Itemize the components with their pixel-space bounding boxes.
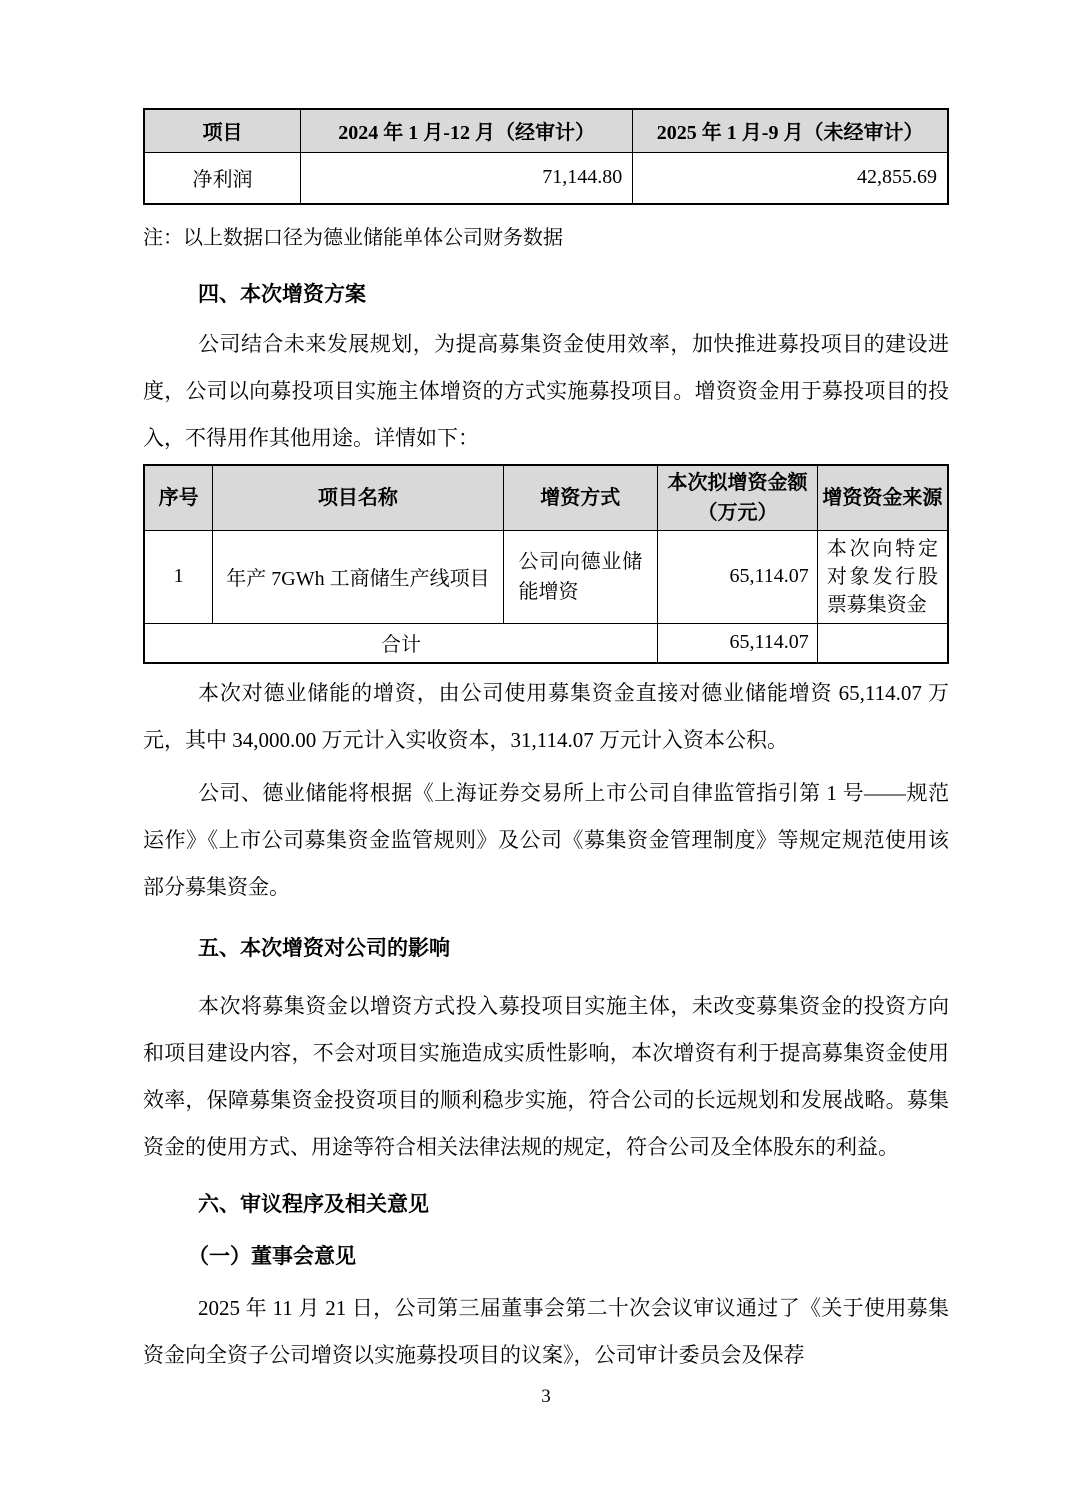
financial-table: 项目 2024 年 1 月-12 月（经审计） 2025 年 1 月-9 月（未…: [143, 108, 949, 205]
investment-table-total-row: 合计 65,114.07: [144, 623, 948, 663]
financial-cell-item: 净利润: [144, 152, 301, 204]
investment-cell-source: 本次向特定对象发行股票募集资金: [817, 530, 948, 623]
financial-header-item: 项目: [144, 109, 301, 152]
investment-header-project-name: 项目名称: [213, 465, 503, 530]
investment-header-method: 增资方式: [503, 465, 658, 530]
financial-cell-2024-value: 71,144.80: [301, 152, 633, 204]
document-page: 项目 2024 年 1 月-12 月（经审计） 2025 年 1 月-9 月（未…: [143, 108, 949, 1411]
investment-total-source: [817, 623, 948, 663]
capital-contribution-paragraph: 本次对德业储能的增资，由公司使用募集资金直接对德业储能增资 65,114.07 …: [143, 670, 949, 764]
board-meeting-paragraph: 2025 年 11 月 21 日，公司第三届董事会第二十次会议审议通过了《关于使…: [143, 1285, 949, 1379]
financial-header-2024: 2024 年 1 月-12 月（经审计）: [301, 109, 633, 152]
investment-total-label: 合计: [144, 623, 658, 663]
investment-table-row: 1 年产 7GWh 工商储生产线项目 公司向德业储能增资 65,114.07 本…: [144, 530, 948, 623]
investment-cell-project-name: 年产 7GWh 工商储生产线项目: [213, 530, 503, 623]
board-opinion-subheading: （一）董事会意见: [188, 1241, 949, 1271]
investment-table: 序号 项目名称 增资方式 本次拟增资金额（万元） 增资资金来源 1 年产 7GW…: [143, 464, 949, 664]
section-four-heading: 四、本次增资方案: [198, 279, 949, 309]
investment-header-source: 增资资金来源: [817, 465, 948, 530]
financial-table-row: 净利润 71,144.80 42,855.69: [144, 152, 948, 204]
section-five-heading: 五、本次增资对公司的影响: [198, 933, 949, 963]
financial-header-2025: 2025 年 1 月-9 月（未经审计）: [633, 109, 948, 152]
financial-cell-2025-value: 42,855.69: [633, 152, 948, 204]
section-five-paragraph: 本次将募集资金以增资方式投入募投项目实施主体，未改变募集资金的投资方向和项目建设…: [143, 983, 949, 1171]
data-scope-note: 注：以上数据口径为德业储能单体公司财务数据: [143, 223, 949, 253]
section-six-heading: 六、审议程序及相关意见: [198, 1189, 949, 1219]
page-number: 3: [143, 1383, 949, 1411]
investment-header-amount: 本次拟增资金额（万元）: [658, 465, 818, 530]
investment-cell-method: 公司向德业储能增资: [503, 530, 658, 623]
investment-cell-amount: 65,114.07: [658, 530, 818, 623]
financial-table-header-row: 项目 2024 年 1 月-12 月（经审计） 2025 年 1 月-9 月（未…: [144, 109, 948, 152]
investment-table-header-row: 序号 项目名称 增资方式 本次拟增资金额（万元） 增资资金来源: [144, 465, 948, 530]
section-four-intro-paragraph: 公司结合未来发展规划，为提高募集资金使用效率，加快推进募投项目的建设进度，公司以…: [143, 321, 949, 462]
regulation-paragraph: 公司、德业储能将根据《上海证券交易所上市公司自律监管指引第 1 号——规范运作》…: [143, 770, 949, 911]
investment-total-amount: 65,114.07: [658, 623, 818, 663]
investment-cell-no: 1: [144, 530, 213, 623]
investment-header-no: 序号: [144, 465, 213, 530]
